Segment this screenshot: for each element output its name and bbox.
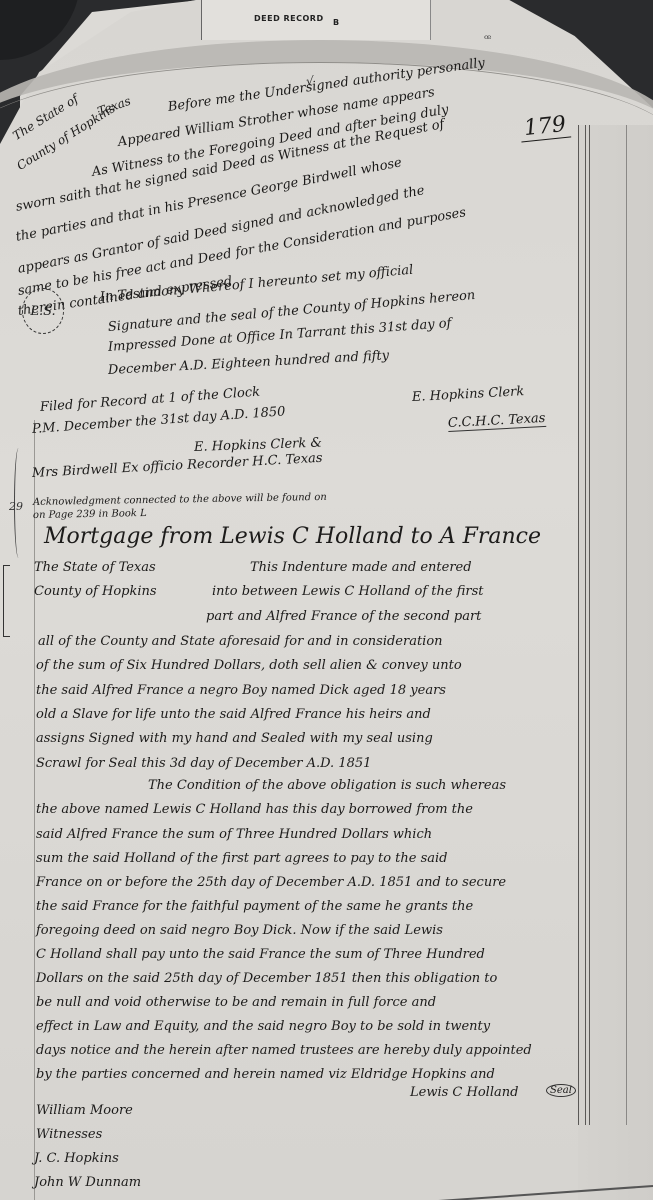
- mortgage-line: the said France for the faithful payment…: [36, 899, 473, 914]
- mortgage-line: of the sum of Six Hundred Dollars, doth …: [36, 658, 462, 673]
- mortgage-line: old a Slave for life unto the said Alfre…: [36, 707, 431, 722]
- mortgage-line: France on or before the 25th day of Dece…: [36, 875, 506, 890]
- mortgage-line: Scrawl for Seal this 3d day of December …: [36, 756, 371, 771]
- page-edge-line: [626, 125, 627, 1125]
- margin-box: [3, 565, 10, 637]
- mortgage-line: This Indenture made and entered: [250, 560, 472, 575]
- witness-line: William Moore: [36, 1103, 133, 1118]
- seal-scrawl-label: Seal: [546, 1084, 576, 1097]
- mortgage-line: part and Alfred France of the second par…: [206, 609, 481, 624]
- seal-scrawl: Seal: [546, 1082, 576, 1097]
- page-edge-line: [589, 125, 590, 1125]
- witness-line: J. C. Hopkins: [34, 1151, 119, 1166]
- mortgage-line: said Alfred France the sum of Three Hund…: [36, 827, 432, 842]
- mortgage-line: C Holland shall pay unto the said France…: [36, 947, 485, 962]
- acknowledgment-note: on Page 239 in Book L: [33, 508, 147, 521]
- ink-mark-icon: ꟹ: [484, 32, 491, 46]
- official-seal-mark: L.S.: [22, 288, 64, 334]
- mortgage-line: days notice and the herein after named t…: [36, 1043, 532, 1058]
- witness-label: Witnesses: [36, 1127, 102, 1142]
- witness-line: John W Dunnam: [34, 1175, 141, 1190]
- page-edge-line: [578, 125, 579, 1125]
- mortgage-title: Mortgage from Lewis C Holland to A Franc…: [44, 524, 541, 549]
- margin-number: 29: [9, 500, 23, 513]
- mortgage-caption-county: County of Hopkins: [34, 584, 157, 599]
- document-photo: DEED RECORD B ꟹ √ 179 The State of Texas…: [0, 0, 653, 1200]
- mortgage-line: by the parties concerned and herein name…: [36, 1067, 495, 1082]
- mortgage-line: the said Alfred France a negro Boy named…: [36, 683, 446, 698]
- mortgage-line: into between Lewis C Holland of the firs…: [212, 584, 484, 599]
- mortgage-line: Dollars on the said 25th day of December…: [36, 971, 497, 986]
- mortgage-line: be null and void otherwise to be and rem…: [36, 995, 436, 1010]
- mortgage-line: all of the County and State aforesaid fo…: [38, 634, 443, 649]
- volume-letter: B: [333, 18, 339, 27]
- mortgage-line: foregoing deed on said negro Boy Dick. N…: [36, 923, 443, 938]
- page-number: 179: [519, 111, 571, 142]
- mortgage-line: The Condition of the above obligation is…: [148, 778, 506, 793]
- page-edge-line: [585, 125, 586, 1125]
- mortgage-line: the above named Lewis C Holland has this…: [36, 802, 473, 817]
- mortgage-line: effect in Law and Equity, and the said n…: [36, 1019, 490, 1034]
- mortgage-caption-state: The State of Texas: [34, 560, 156, 575]
- mortgage-line: assigns Signed with my hand and Sealed w…: [36, 731, 433, 746]
- mortgage-line: sum the said Holland of the first part a…: [36, 851, 447, 866]
- deed-record-stamp: DEED RECORD: [254, 14, 324, 23]
- mortgagor-signature: Lewis C Holland: [410, 1085, 518, 1100]
- margin-rule: [34, 420, 35, 1200]
